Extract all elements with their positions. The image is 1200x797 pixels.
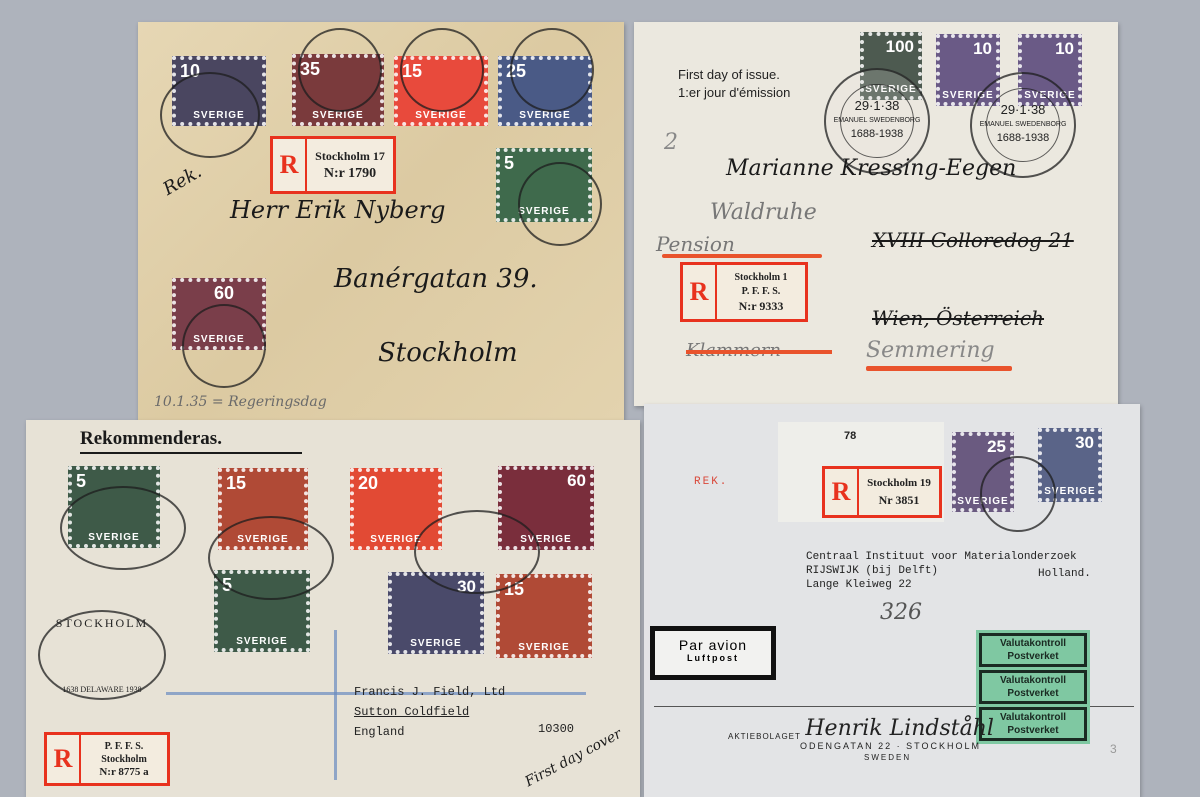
handwritten-number: 2 [664,130,678,155]
postmark [400,28,484,112]
handwritten-addressee: Herr Erik Nyberg [230,196,446,224]
destination-country: Holland. [1038,568,1091,580]
delaware-cancel [60,486,186,570]
handwritten-forward: Semmering [866,338,995,363]
red-strike [686,350,832,354]
handwritten-note: 10.1.35 = Regeringsdag [154,394,327,410]
reference-number: 10300 [538,722,574,736]
postmark [182,304,266,388]
registration-label: R Stockholm 19 Nr 3851 [822,466,942,518]
pencil-number: 326 [880,600,922,625]
airmail-label: Par avion Luftpost [650,626,776,680]
handwritten-rek: Rek. [159,161,205,200]
cover-swedenborg-1938: First day of issue. 1:er jour d'émission… [634,22,1118,406]
handwritten-name: Marianne Kressing-Eegen [726,156,1016,181]
cover-stockholm-1935: 10 SVERIGE 35 SVERIGE 15 SVERIGE 25 SVER… [138,22,624,420]
postmark [160,72,260,158]
handwritten-line2: Waldruhe [710,200,817,225]
cover-airmail-holland: REK. 78 R Stockholm 19 Nr 3851 25 SVERIG… [644,404,1140,797]
red-underline [662,254,822,258]
blue-crayon-line [334,630,337,780]
heading: Rekommenderas. [80,428,302,454]
postmark [298,28,382,112]
registration-label: R Stockholm 1 P. F. F. S. N:r 9333 [680,262,808,322]
first-day-cachet: First day of issue. 1:er jour d'émission [678,66,790,102]
registration-label: R Stockholm 17 N:r 1790 [270,136,396,194]
sender-imprint: AKTIEBOLAGET Henrik Lindståhl ODENGATAN … [728,716,994,762]
red-underline [866,366,1012,371]
control-label: ValutakontrollPostverket [979,670,1087,704]
corner-mark: 3 [1110,742,1117,756]
control-label: ValutakontrollPostverket [979,707,1087,741]
control-label: ValutakontrollPostverket [979,633,1087,667]
selvage-number: 78 [844,430,856,442]
delaware-cancel: STOCKHOLM 1638 DELAWARE 1938 [38,610,166,700]
handwritten-city: Wien, Österreich [872,306,1044,330]
handwritten-line3: Pension [656,232,735,256]
address-block: Centraal Instituut voor Materialonderzoe… [806,550,1077,592]
postmark [980,456,1056,532]
delaware-cancel [208,516,334,600]
postmark [510,28,594,112]
handwritten-street: XVIII Colloredog 21 [872,228,1074,252]
handwritten-city: Stockholm [378,338,518,368]
cover-delaware-1938: Rekommenderas. 5 SVERIGE 15 SVERIGE 20 S… [26,420,640,797]
rek-mark: REK. [694,476,728,488]
postmark [518,162,602,246]
handwritten-street: Banérgatan 39. [334,264,538,294]
registration-label: R P. F. F. S. Stockholm N:r 8775 a [44,732,170,786]
delaware-cancel [414,510,540,594]
address-block: Francis J. Field, Ltd Sutton Coldfield E… [354,682,505,742]
